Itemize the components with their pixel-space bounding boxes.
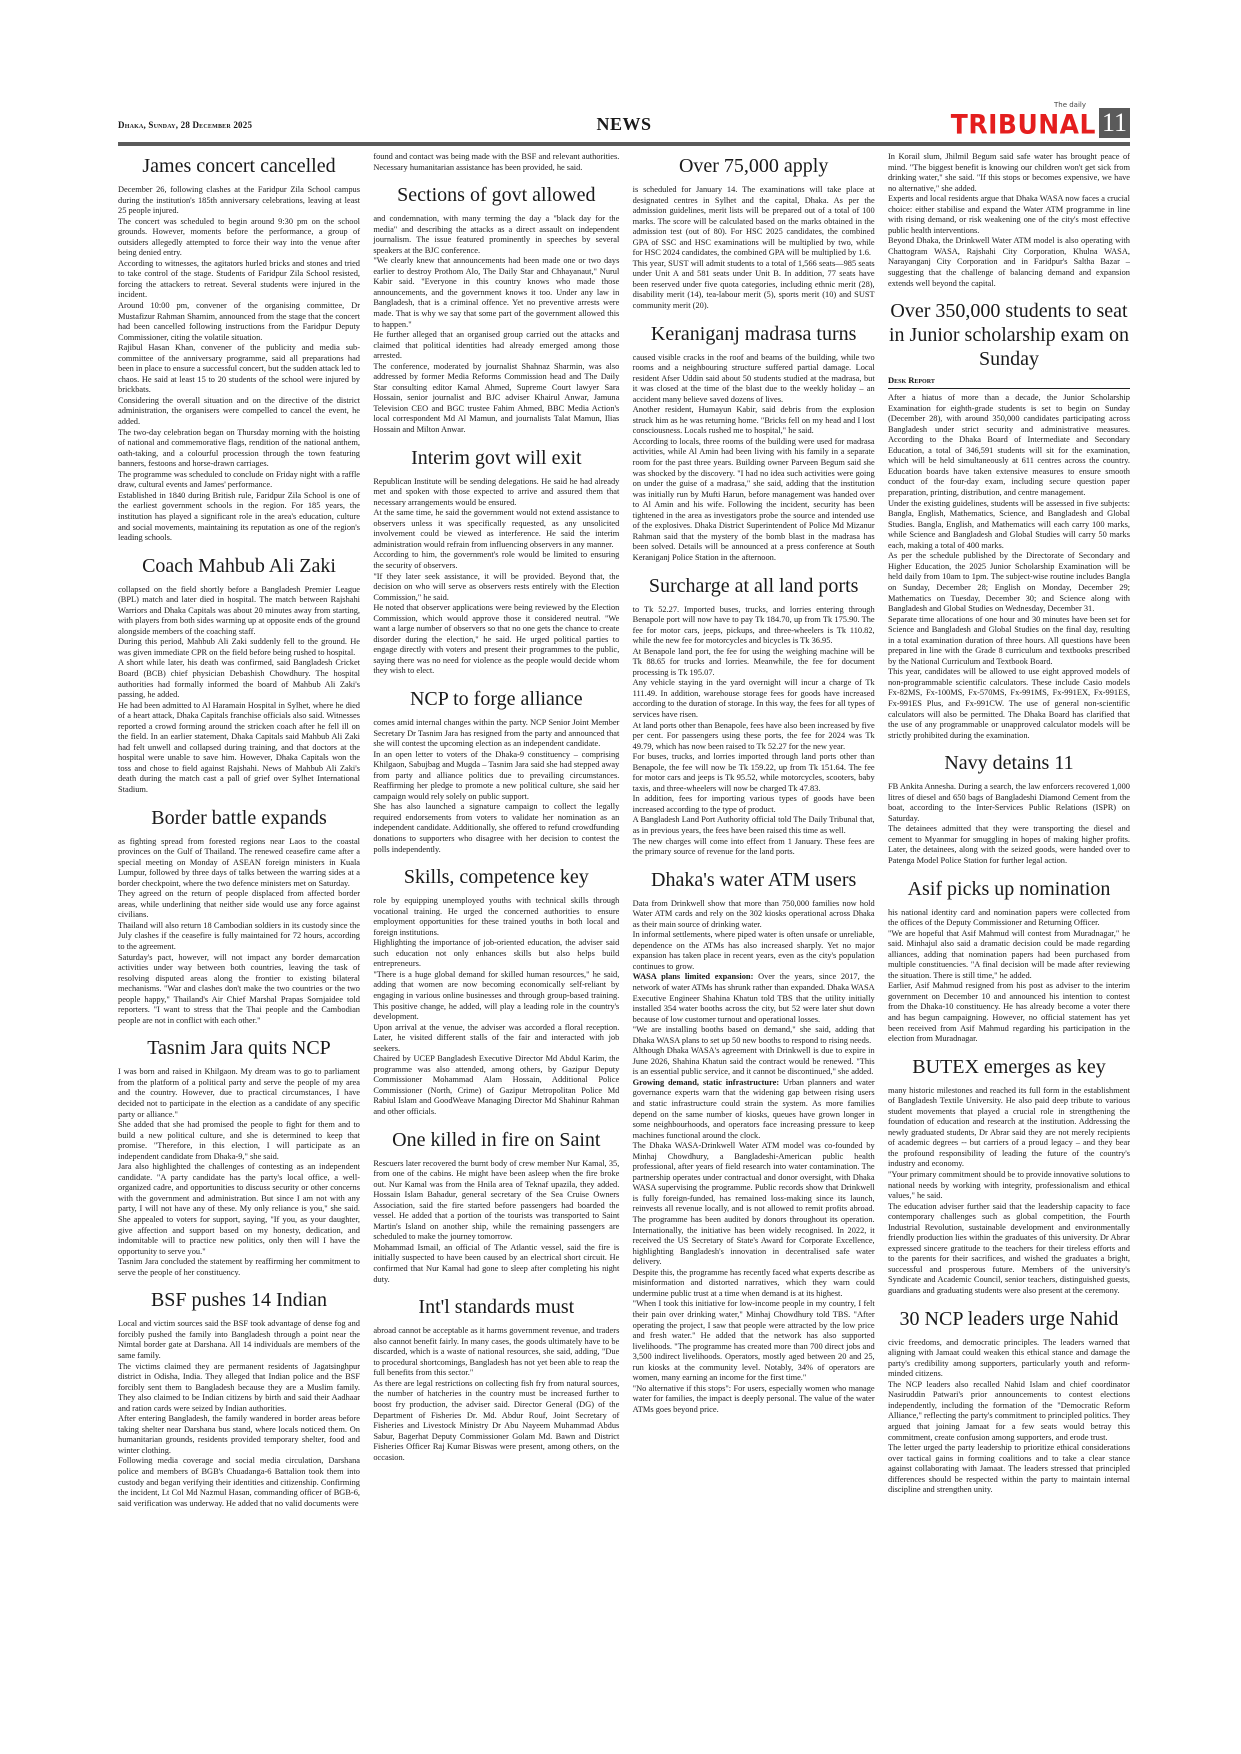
article-paragraph: civic freedoms, and democratic principle… xyxy=(888,1338,1130,1380)
article-paragraph: Upon arrival at the venue, the adviser w… xyxy=(373,1023,619,1055)
article-headline: One killed in fire on Saint xyxy=(373,1128,619,1152)
article-paragraph: Separate time allocations of one hour an… xyxy=(888,615,1130,668)
article-paragraph: Mohammad Ismail, an official of The Atla… xyxy=(373,1243,619,1285)
article: Coach Mahbub Ali Zakicollapsed on the fi… xyxy=(118,554,360,796)
article-paragraph: According to locals, three rooms of the … xyxy=(633,437,875,564)
article-headline: BSF pushes 14 Indian xyxy=(118,1288,360,1312)
article-paragraph: many historic milestones and reached its… xyxy=(888,1086,1130,1170)
article-paragraph: to Tk 52.27. Imported buses, trucks, and… xyxy=(633,605,875,647)
article-byline: Desk Report xyxy=(888,375,1130,389)
article-paragraph: "We are hopeful that Asif Mahmud will co… xyxy=(888,929,1130,982)
article-headline: Keraniganj madrasa turns xyxy=(633,322,875,346)
article-paragraph: At Benapole land port, the fee for using… xyxy=(633,647,875,679)
article: BSF pushes 14 IndianLocal and victim sou… xyxy=(118,1288,360,1509)
article-paragraph: and condemnation, with many terming the … xyxy=(373,214,619,256)
article-paragraph: Experts and local residents argue that D… xyxy=(888,194,1130,236)
article-paragraph: The Dhaka WASA-Drinkwell Water ATM model… xyxy=(633,1141,875,1268)
article-paragraph: as fighting spread from forested regions… xyxy=(118,837,360,890)
article-paragraph: abroad cannot be acceptable as it harms … xyxy=(373,1326,619,1379)
article-paragraph: Rajibul Hasan Khan, convener of the publ… xyxy=(118,343,360,396)
column-3: Over 75,000 applyis scheduled for Januar… xyxy=(633,152,875,1519)
article-headline: Coach Mahbub Ali Zaki xyxy=(118,554,360,578)
article-headline: NCP to forge alliance xyxy=(373,687,619,711)
article: Border battle expandsas fighting spread … xyxy=(118,806,360,1027)
article-paragraph: According to him, the government's role … xyxy=(373,550,619,571)
article-headline: Asif picks up nomination xyxy=(888,877,1130,901)
article-paragraph: The NCP leaders also recalled Nahid Isla… xyxy=(888,1380,1130,1443)
article-headline: James concert cancelled xyxy=(118,154,360,178)
article-paragraph: In addition, fees for importing various … xyxy=(633,794,875,815)
article-paragraph: FB Ankita Annesha. During a search, the … xyxy=(888,782,1130,824)
article-paragraph: Local and victim sources said the BSF to… xyxy=(118,1319,360,1361)
article-paragraph: Growing demand, static infrastructure: U… xyxy=(633,1078,875,1141)
article-paragraph: Around 10:00 pm, convener of the organis… xyxy=(118,301,360,343)
article-headline: Navy detains 11 xyxy=(888,751,1130,775)
article-paragraph: After entering Bangladesh, the family wa… xyxy=(118,1414,360,1456)
article-paragraph: Considering the overall situation and on… xyxy=(118,396,360,428)
article-paragraph: She has also launched a signature campai… xyxy=(373,802,619,855)
article-paragraph: collapsed on the field shortly before a … xyxy=(118,585,360,638)
article-paragraph: At land ports other than Benapole, fees … xyxy=(633,721,875,753)
article-paragraph: "Your primary commitment should be to pr… xyxy=(888,1170,1130,1202)
article: Over 75,000 applyis scheduled for Januar… xyxy=(633,154,875,312)
column-4: In Korail slum, Jhilmil Begum said safe … xyxy=(888,152,1130,1519)
article-paragraph: He noted that observer applications were… xyxy=(373,603,619,677)
article-paragraph: Established in 1840 during British rule,… xyxy=(118,491,360,544)
article-headline: Int'l standards must xyxy=(373,1295,619,1319)
article-headline: Over 350,000 students to seat in Junior … xyxy=(888,299,1130,371)
article-paragraph: The education adviser further said that … xyxy=(888,1202,1130,1297)
article-paragraph: Chaired by UCEP Bangladesh Executive Dir… xyxy=(373,1054,619,1117)
article-paragraph: The two-day celebration began on Thursda… xyxy=(118,428,360,470)
article-paragraph: A short while later, his death was confi… xyxy=(118,658,360,700)
article: Sections of govt allowedand condemnation… xyxy=(373,183,619,435)
article: Over 350,000 students to seat in Junior … xyxy=(888,299,1130,741)
article-paragraph: The concert was scheduled to begin aroun… xyxy=(118,217,360,259)
article: In Korail slum, Jhilmil Begum said safe … xyxy=(888,152,1130,289)
article-paragraph: Another resident, Humayun Kabir, said de… xyxy=(633,405,875,437)
article-paragraph: Saturday's pact, however, will not impac… xyxy=(118,953,360,1027)
article-paragraph: In an open letter to voters of the Dhaka… xyxy=(373,750,619,803)
article-paragraph: Republican Institute will be sending del… xyxy=(373,477,619,509)
article-headline: Sections of govt allowed xyxy=(373,183,619,207)
article-paragraph: He further alleged that an organised gro… xyxy=(373,330,619,362)
article-paragraph: The letter urged the party leadership to… xyxy=(888,1443,1130,1496)
article: found and contact was being made with th… xyxy=(373,152,619,173)
article-paragraph: For buses, trucks, and lorries imported … xyxy=(633,752,875,794)
article-paragraph: "There is a huge global demand for skill… xyxy=(373,970,619,1023)
article-paragraph: As there are legal restrictions on colle… xyxy=(373,1379,619,1463)
article-paragraph: Jara also highlighted the challenges of … xyxy=(118,1162,360,1257)
article-paragraph: "If they later seek assistance, it will … xyxy=(373,572,619,604)
article-paragraph: The victims claimed they are permanent r… xyxy=(118,1362,360,1415)
article-paragraph: comes amid internal changes within the p… xyxy=(373,718,619,750)
article-headline: Border battle expands xyxy=(118,806,360,830)
article: Asif picks up nominationhis national ide… xyxy=(888,877,1130,1045)
article-paragraph: As per the schedule published by the Dir… xyxy=(888,551,1130,614)
article: BUTEX emerges as keymany historic milest… xyxy=(888,1055,1130,1297)
article-paragraph: Thailand will also return 18 Cambodian s… xyxy=(118,921,360,953)
article-headline: Surcharge at all land ports xyxy=(633,574,875,598)
article: 30 NCP leaders urge Nahidcivic freedoms,… xyxy=(888,1307,1130,1496)
article-paragraph: Data from Drinkwell show that more than … xyxy=(633,899,875,931)
article-paragraph: During this period, Mahbub Ali Zaki sudd… xyxy=(118,637,360,658)
article-paragraph: The conference, moderated by journalist … xyxy=(373,362,619,436)
article-paragraph: Beyond Dhaka, the Drinkwell Water ATM mo… xyxy=(888,236,1130,289)
newspaper-page: Dhaka, Sunday, 28 December 2025 NEWS The… xyxy=(118,100,1130,1519)
column-1: James concert cancelledDecember 26, foll… xyxy=(118,152,360,1519)
article: James concert cancelledDecember 26, foll… xyxy=(118,154,360,544)
article-paragraph: December 26, following clashes at the Fa… xyxy=(118,185,360,217)
article-headline: Dhaka's water ATM users xyxy=(633,868,875,892)
article-paragraph: At the same time, he said the government… xyxy=(373,508,619,550)
article-paragraph: is scheduled for January 14. The examina… xyxy=(633,185,875,259)
article: Tasnim Jara quits NCPI was born and rais… xyxy=(118,1036,360,1278)
article: Keraniganj madrasa turnscaused visible c… xyxy=(633,322,875,564)
article-paragraph: Despite this, the programme has recently… xyxy=(633,1268,875,1300)
article: Surcharge at all land portsto Tk 52.27. … xyxy=(633,574,875,858)
article-paragraph: The detainees admitted that they were tr… xyxy=(888,824,1130,866)
logo-wordmark: TRIBUNAL xyxy=(951,111,1096,138)
article: One killed in fire on SaintRescuers late… xyxy=(373,1128,619,1286)
article-paragraph: WASA plans limited expansion: Over the y… xyxy=(633,972,875,1025)
article-paragraph: This year, SUST will admit students to a… xyxy=(633,259,875,312)
article-paragraph: I was born and raised in Khilgaon. My dr… xyxy=(118,1067,360,1120)
article-paragraph: "We clearly knew that announcements had … xyxy=(373,256,619,330)
newspaper-logo: The daily TRIBUNAL 11 xyxy=(951,104,1130,138)
article-headline: Skills, competence key xyxy=(373,865,619,889)
article-paragraph: They agreed on the return of people disp… xyxy=(118,889,360,921)
article: Int'l standards mustabroad cannot be acc… xyxy=(373,1295,619,1463)
article-paragraph: The new charges will come into effect fr… xyxy=(633,837,875,858)
article-paragraph: She added that she had promised the peop… xyxy=(118,1120,360,1162)
article-paragraph: role by equipping unemployed youths with… xyxy=(373,896,619,938)
article-paragraph: his national identity card and nominatio… xyxy=(888,908,1130,929)
article-paragraph: According to witnesses, the agitators hu… xyxy=(118,259,360,301)
article-headline: 30 NCP leaders urge Nahid xyxy=(888,1307,1130,1331)
article-headline: Over 75,000 apply xyxy=(633,154,875,178)
article-paragraph: He had been admitted to Al Haramain Hosp… xyxy=(118,701,360,796)
article-paragraph: found and contact was being made with th… xyxy=(373,152,619,173)
article-columns: James concert cancelledDecember 26, foll… xyxy=(118,152,1130,1519)
article: Interim govt will exitRepublican Institu… xyxy=(373,446,619,677)
article-paragraph: Any vehicle staying in the yard overnigh… xyxy=(633,678,875,720)
masthead: Dhaka, Sunday, 28 December 2025 NEWS The… xyxy=(118,100,1130,140)
article-paragraph: Following media coverage and social medi… xyxy=(118,1456,360,1509)
article-headline: BUTEX emerges as key xyxy=(888,1055,1130,1079)
article-paragraph: Under the existing guidelines, students … xyxy=(888,499,1130,552)
article-paragraph: Rescuers later recovered the burnt body … xyxy=(373,1159,619,1243)
article: Navy detains 11FB Ankita Annesha. During… xyxy=(888,751,1130,866)
article-paragraph: This year, candidates will be allowed to… xyxy=(888,667,1130,741)
article-paragraph: The programme was scheduled to conclude … xyxy=(118,470,360,491)
article: Dhaka's water ATM usersData from Drinkwe… xyxy=(633,868,875,1416)
article-paragraph: "We are installing booths based on deman… xyxy=(633,1025,875,1046)
article-paragraph: After a hiatus of more than a decade, th… xyxy=(888,393,1130,498)
logo-tagline: The daily xyxy=(1054,101,1086,109)
article: NCP to forge alliancecomes amid internal… xyxy=(373,687,619,855)
article-paragraph: In informal settlements, where piped wat… xyxy=(633,930,875,972)
page-number: 11 xyxy=(1099,108,1130,138)
article-paragraph: caused visible cracks in the roof and be… xyxy=(633,353,875,406)
article-headline: Tasnim Jara quits NCP xyxy=(118,1036,360,1060)
article-paragraph: "No alternative if this stops": For user… xyxy=(633,1384,875,1416)
article-paragraph: A Bangladesh Land Port Authority officia… xyxy=(633,815,875,836)
article-headline: Interim govt will exit xyxy=(373,446,619,470)
article-paragraph: "When I took this initiative for low-inc… xyxy=(633,1299,875,1383)
article: Skills, competence keyrole by equipping … xyxy=(373,865,619,1117)
masthead-rule xyxy=(118,142,1130,146)
column-2: found and contact was being made with th… xyxy=(373,152,619,1519)
article-paragraph: Tasnim Jara concluded the statement by r… xyxy=(118,1257,360,1278)
article-paragraph: Earlier, Asif Mahmud resigned from his p… xyxy=(888,981,1130,1044)
article-paragraph: In Korail slum, Jhilmil Begum said safe … xyxy=(888,152,1130,194)
article-paragraph: Although Dhaka WASA's agreement with Dri… xyxy=(633,1046,875,1078)
article-paragraph: Highlighting the importance of job-orien… xyxy=(373,938,619,970)
